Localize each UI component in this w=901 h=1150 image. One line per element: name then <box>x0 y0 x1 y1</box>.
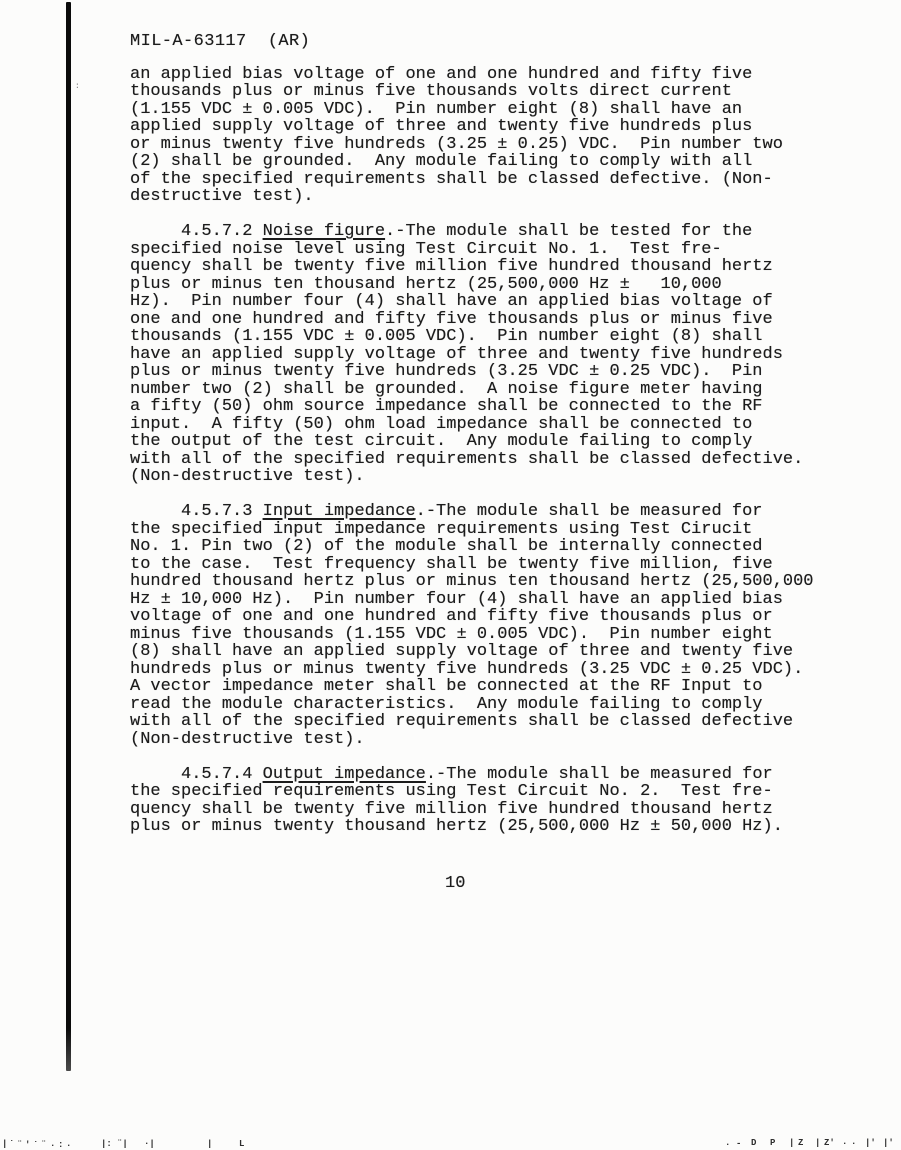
text-line: voltage of one and one hundred and fifty… <box>130 608 814 626</box>
scan-noise-mark: |' <box>865 1139 876 1148</box>
section-heading-rest: .-The module shall be measured for <box>426 765 773 784</box>
text-line: input. A fifty (50) ohm load impedance s… <box>130 416 814 434</box>
section-title-underlined: Output impedance <box>263 765 426 784</box>
scan-noise-mark: L <box>239 1140 244 1149</box>
text-line: with all of the specified requirements s… <box>130 451 814 469</box>
section-number: 4.5.7.4 <box>130 765 263 784</box>
scan-noise-mark: | <box>815 1139 820 1148</box>
text-line: with all of the specified requirements s… <box>130 713 814 731</box>
text-line: hundred thousand hertz plus or minus ten… <box>130 573 814 591</box>
text-line: thousands plus or minus five thousands v… <box>130 83 814 101</box>
text-line: Hz). Pin number four (4) shall have an a… <box>130 293 814 311</box>
scan-noise-mark: : <box>75 82 80 91</box>
text-line: minus five thousands (1.155 VDC ± 0.005 … <box>130 626 814 644</box>
text-line: destructive test). <box>130 188 814 206</box>
scan-noise-mark: · <box>725 1141 730 1150</box>
text-line: (2) shall be grounded. Any module failin… <box>130 153 814 171</box>
text-line: of the specified requirements shall be c… <box>130 171 814 189</box>
scan-noise-mark: ˙ <box>33 1142 38 1150</box>
text-line: A vector impedance meter shall be connec… <box>130 678 814 696</box>
section-heading-line: 4.5.7.4 Output impedance.-The module sha… <box>130 766 814 784</box>
scan-noise-mark: ˙ <box>9 1141 14 1150</box>
scan-noise-mark: | <box>207 1140 212 1149</box>
text-line: a fifty (50) ohm source impedance shall … <box>130 398 814 416</box>
scan-noise-mark: | <box>2 1140 7 1149</box>
text-line: the output of the test circuit. Any modu… <box>130 433 814 451</box>
text-line: one and one hundred and fifty five thous… <box>130 311 814 329</box>
text-line: to the case. Test frequency shall be twe… <box>130 556 814 574</box>
scan-noise-mark: · <box>842 1140 847 1149</box>
text-line: (8) shall have an applied supply voltage… <box>130 643 814 661</box>
text-line: or minus twenty five hundreds (3.25 ± 0.… <box>130 136 814 154</box>
text-line: quency shall be twenty five million five… <box>130 258 814 276</box>
scan-noise-mark: · <box>50 1142 55 1150</box>
text-line: Hz ± 10,000 Hz). Pin number four (4) sha… <box>130 591 814 609</box>
scan-noise-mark: | <box>789 1139 794 1148</box>
scan-noise-mark: ·| <box>144 1140 155 1149</box>
text-line: the specified input impedance requiremen… <box>130 521 814 539</box>
text-line: an applied bias voltage of one and one h… <box>130 66 814 84</box>
text-paragraph: an applied bias voltage of one and one h… <box>130 66 814 206</box>
scan-noise-mark: · <box>851 1140 856 1149</box>
page-number: 10 <box>445 874 465 893</box>
text-paragraph: 4.5.7.4 Output impedance.-The module sha… <box>130 766 814 836</box>
text-line: specified noise level using Test Circuit… <box>130 241 814 259</box>
text-line: the specified requirements using Test Ci… <box>130 783 814 801</box>
scan-noise-mark: |' <box>883 1139 894 1148</box>
text-paragraph: 4.5.7.3 Input impedance.-The module shal… <box>130 503 814 748</box>
section-title-underlined: Noise figure <box>263 222 385 241</box>
text-line: plus or minus ten thousand hertz (25,500… <box>130 276 814 294</box>
section-title-underlined: Input impedance <box>263 502 416 521</box>
text-line: number two (2) shall be grounded. A nois… <box>130 381 814 399</box>
section-heading-rest: .-The module shall be measured for <box>416 502 763 521</box>
text-line: have an applied supply voltage of three … <box>130 346 814 364</box>
document-page: MIL-A-63117 (AR) an applied bias voltage… <box>130 33 814 853</box>
scan-noise-mark: D <box>751 1139 756 1148</box>
scan-noise-mark: - <box>736 1140 741 1149</box>
text-line: (1.155 VDC ± 0.005 VDC). Pin number eigh… <box>130 101 814 119</box>
scan-noise-mark: ¨ <box>41 1141 46 1150</box>
section-heading-line: 4.5.7.3 Input impedance.-The module shal… <box>130 503 814 521</box>
text-line: plus or minus twenty five hundreds (3.25… <box>130 363 814 381</box>
text-line: hundreds plus or minus twenty five hundr… <box>130 661 814 679</box>
scan-noise-mark: ' <box>25 1141 30 1150</box>
section-number: 4.5.7.3 <box>130 502 263 521</box>
text-line: (Non-destructive test). <box>130 468 814 486</box>
scan-noise-mark: Z <box>798 1139 803 1148</box>
scan-noise-mark: Z' <box>824 1139 835 1148</box>
document-body: an applied bias voltage of one and one h… <box>130 66 814 836</box>
scan-noise-mark: · <box>66 1142 71 1150</box>
section-heading-rest: .-The module shall be tested for the <box>385 222 752 241</box>
text-line: applied supply voltage of three and twen… <box>130 118 814 136</box>
binding-edge-bar <box>66 2 71 1071</box>
scan-noise-mark: ¨| <box>117 1140 128 1149</box>
section-heading-line: 4.5.7.2 Noise figure.-The module shall b… <box>130 223 814 241</box>
scan-noise-mark: ¨ <box>17 1141 22 1150</box>
text-line: read the module characteristics. Any mod… <box>130 696 814 714</box>
document-number-header: MIL-A-63117 (AR) <box>130 33 814 51</box>
text-line: (Non-destructive test). <box>130 731 814 749</box>
text-line: plus or minus twenty thousand hertz (25,… <box>130 818 814 836</box>
section-number: 4.5.7.2 <box>130 222 263 241</box>
text-line: quency shall be twenty five million five… <box>130 801 814 819</box>
scan-noise-mark: P <box>770 1139 775 1148</box>
text-line: No. 1. Pin two (2) of the module shall b… <box>130 538 814 556</box>
text-line: thousands (1.155 VDC ± 0.005 VDC). Pin n… <box>130 328 814 346</box>
scan-noise-mark: : <box>58 1141 63 1150</box>
scan-noise-mark: |: <box>101 1140 112 1149</box>
text-paragraph: 4.5.7.2 Noise figure.-The module shall b… <box>130 223 814 486</box>
